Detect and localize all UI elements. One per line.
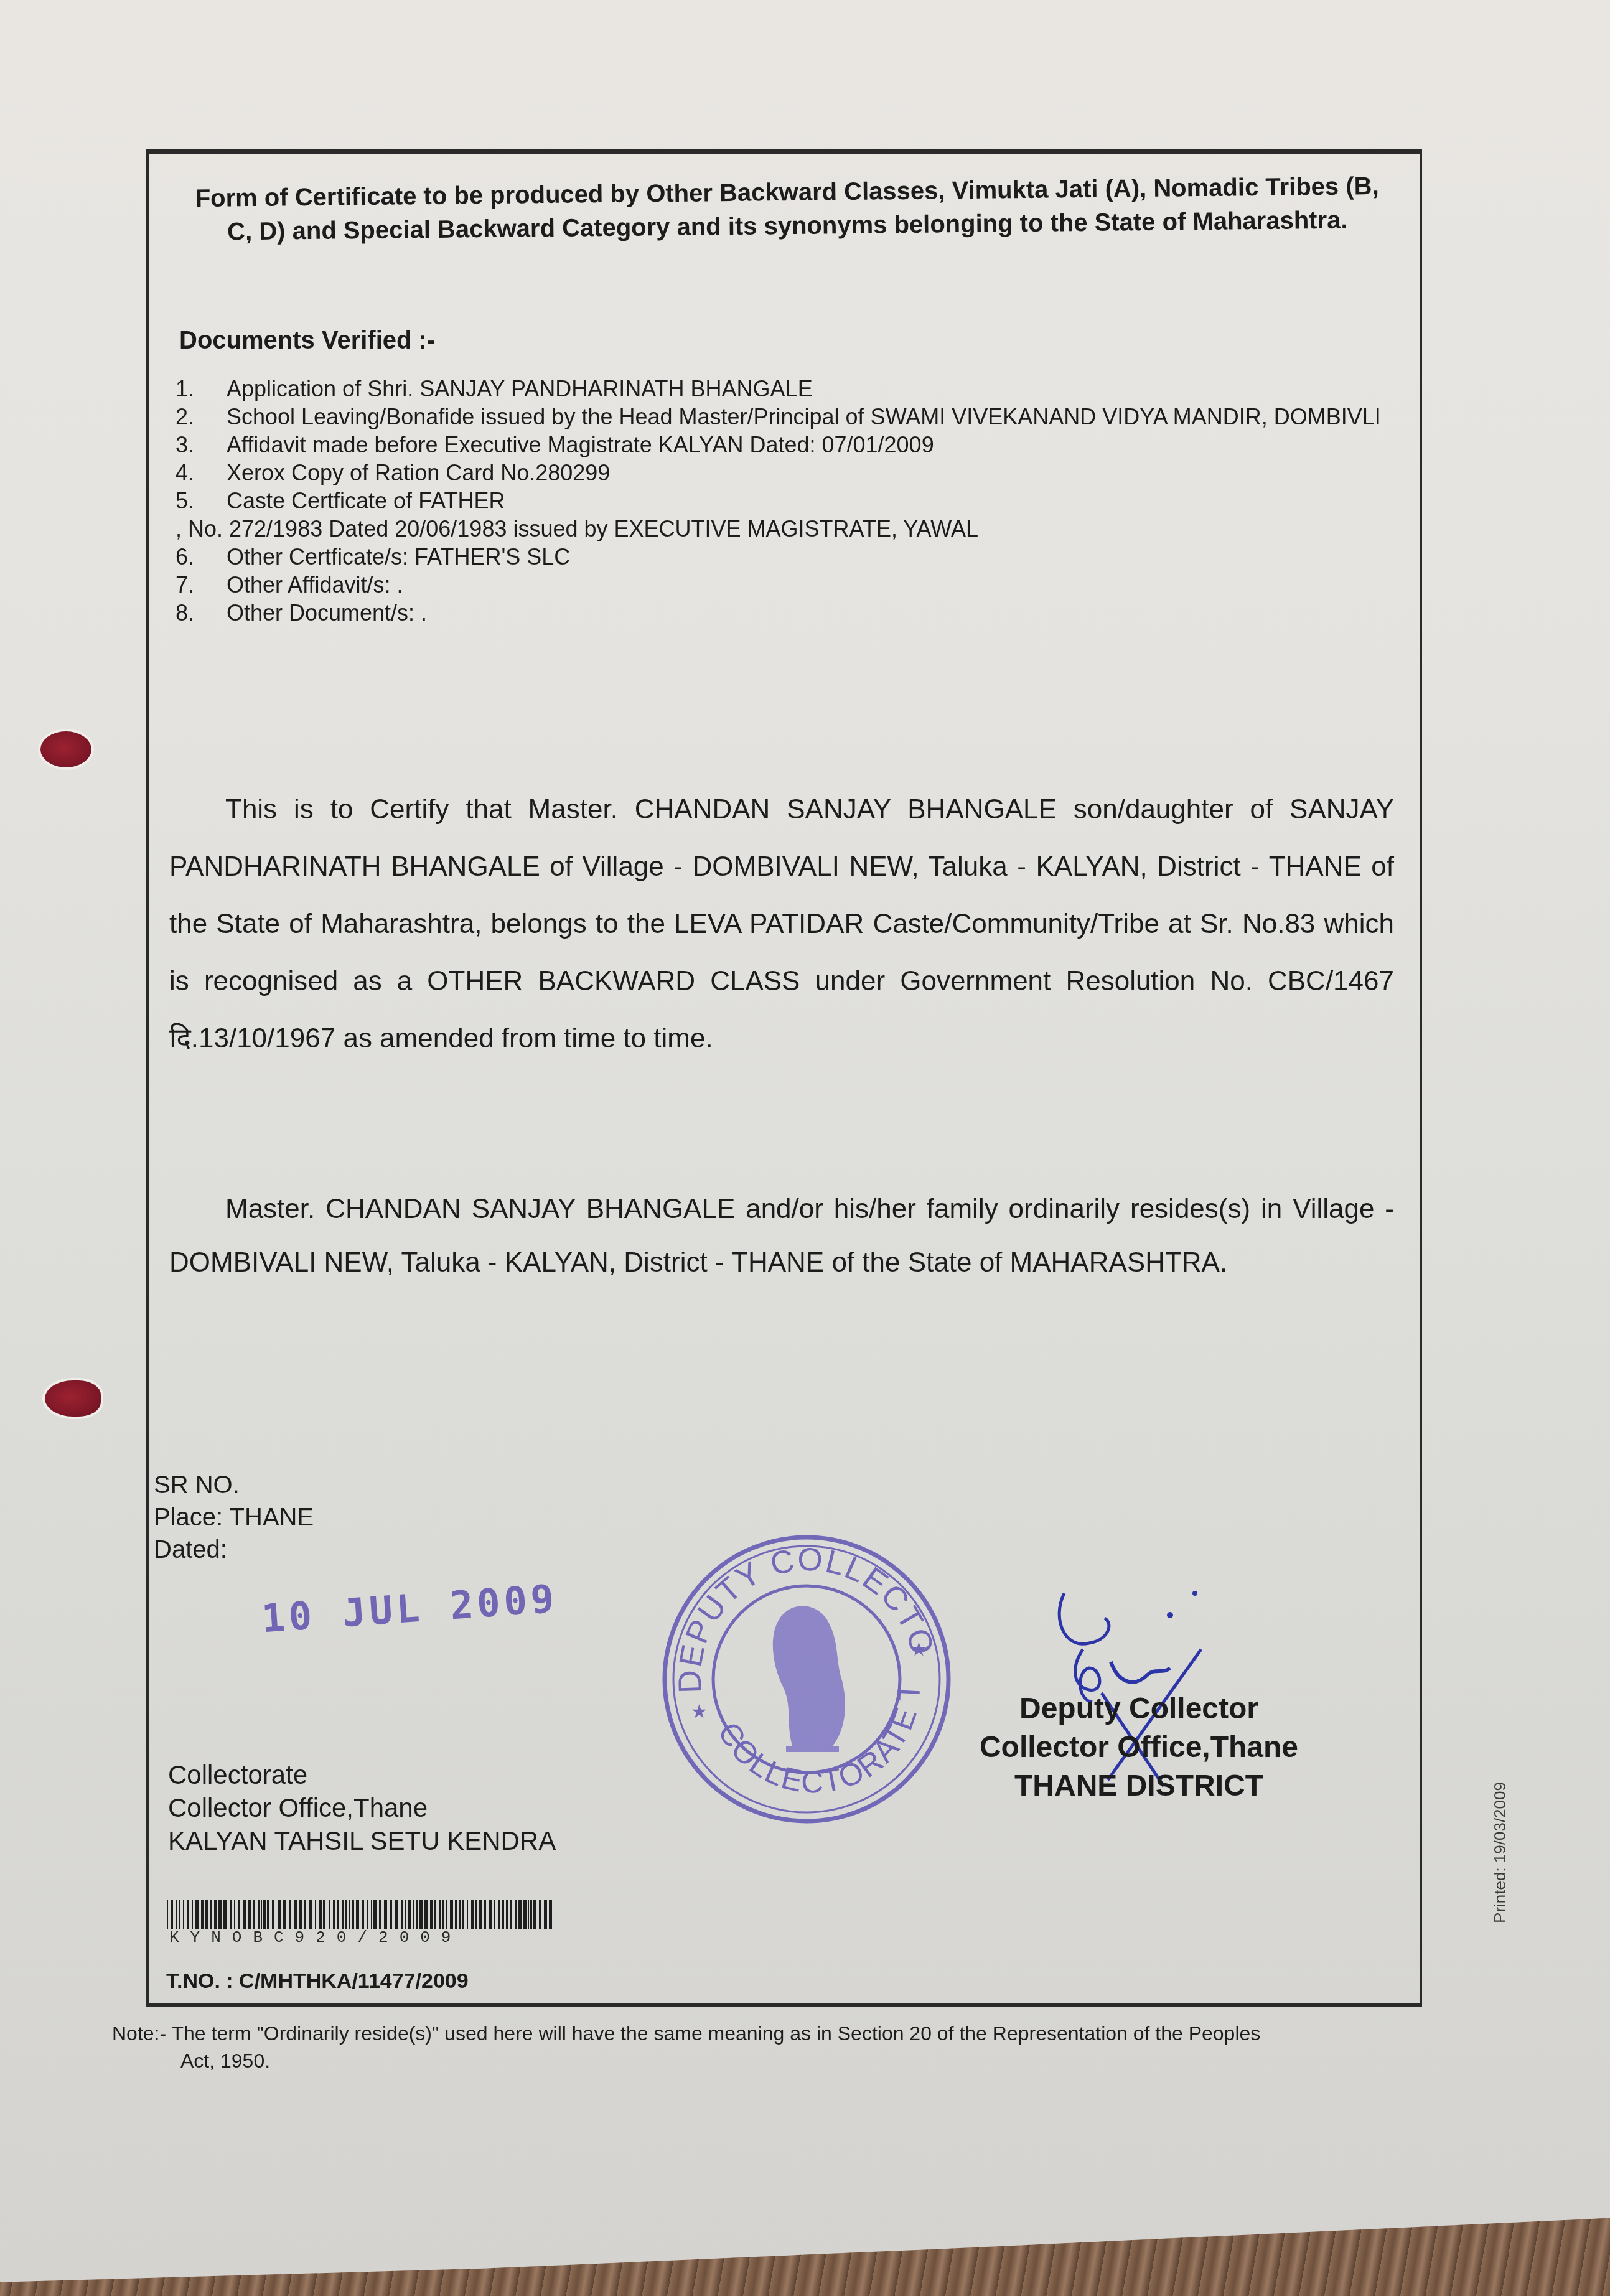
footnote-line: Act, 1950. <box>112 2047 1450 2074</box>
document-item: 2.School Leaving/Bonafide issued by the … <box>176 403 1395 431</box>
office-line: Collector Office,Thane <box>168 1791 556 1824</box>
documents-verified-heading: Documents Verified :- <box>179 327 435 355</box>
signatory-office: Collector Office,Thane <box>946 1728 1332 1767</box>
office-line: KALYAN TAHSIL SETU KENDRA <box>168 1824 556 1857</box>
sr-no-label: SR NO. <box>154 1469 314 1501</box>
dated-label: Dated: <box>154 1534 314 1566</box>
issue-meta: SR NO. Place: THANE Dated: <box>154 1469 314 1566</box>
svg-text:★: ★ <box>910 1639 927 1660</box>
signatory-district: THANE DISTRICT <box>946 1767 1332 1806</box>
document-item: 8.Other Document/s: . <box>176 599 1395 627</box>
signatory-title: Deputy Collector <box>946 1690 1332 1728</box>
punch-hole-mark <box>45 1380 101 1417</box>
certification-paragraph: This is to Certify that Master. CHANDAN … <box>169 781 1394 1067</box>
office-line: Collectorate <box>168 1758 556 1791</box>
document-item: 6.Other Certficate/s: FATHER'S SLC <box>176 543 1395 571</box>
token-number: T.NO. : C/MHTHKA/11477/2009 <box>166 1969 469 1994</box>
documents-verified-list: 1.Application of Shri. SANJAY PANDHARINA… <box>176 375 1395 627</box>
residence-paragraph: Master. CHANDAN SANJAY BHANGALE and/or h… <box>169 1183 1394 1290</box>
printed-date: Printed: 19/03/2009 <box>1491 1782 1510 1923</box>
document-item: 7.Other Affidavit/s: . <box>176 571 1395 599</box>
signatory-block: Deputy Collector Collector Office,Thane … <box>946 1690 1332 1806</box>
document-item-continuation: , No. 272/1983 Dated 20/06/1983 issued b… <box>176 515 1395 543</box>
footnote-line: Note:- The term "Ordinarily reside(s)" u… <box>112 2022 1260 2045</box>
official-seal-icon: DEPUTY COLLECTOR COLLECTORATE THANE ★ ★ <box>658 1531 955 1827</box>
issuing-office-block: Collectorate Collector Office,Thane KALY… <box>168 1758 556 1857</box>
barcode-icon <box>167 1900 553 1929</box>
document-item: 5.Caste Certficate of FATHER <box>176 487 1395 515</box>
footnote: Note:- The term "Ordinarily reside(s)" u… <box>112 2020 1450 2074</box>
document-item: 4.Xerox Copy of Ration Card No.280299 <box>176 459 1395 487</box>
certificate-title: Form of Certificate to be produced by Ot… <box>180 169 1394 249</box>
svg-text:★: ★ <box>691 1702 708 1722</box>
punch-hole-mark <box>40 731 91 767</box>
document-item: 3.Affidavit made before Executive Magist… <box>176 431 1395 459</box>
barcode-number: KYNOBC920/2009 <box>169 1928 462 1947</box>
document-item: 1.Application of Shri. SANJAY PANDHARINA… <box>176 375 1395 403</box>
place-label: Place: THANE <box>154 1501 314 1534</box>
